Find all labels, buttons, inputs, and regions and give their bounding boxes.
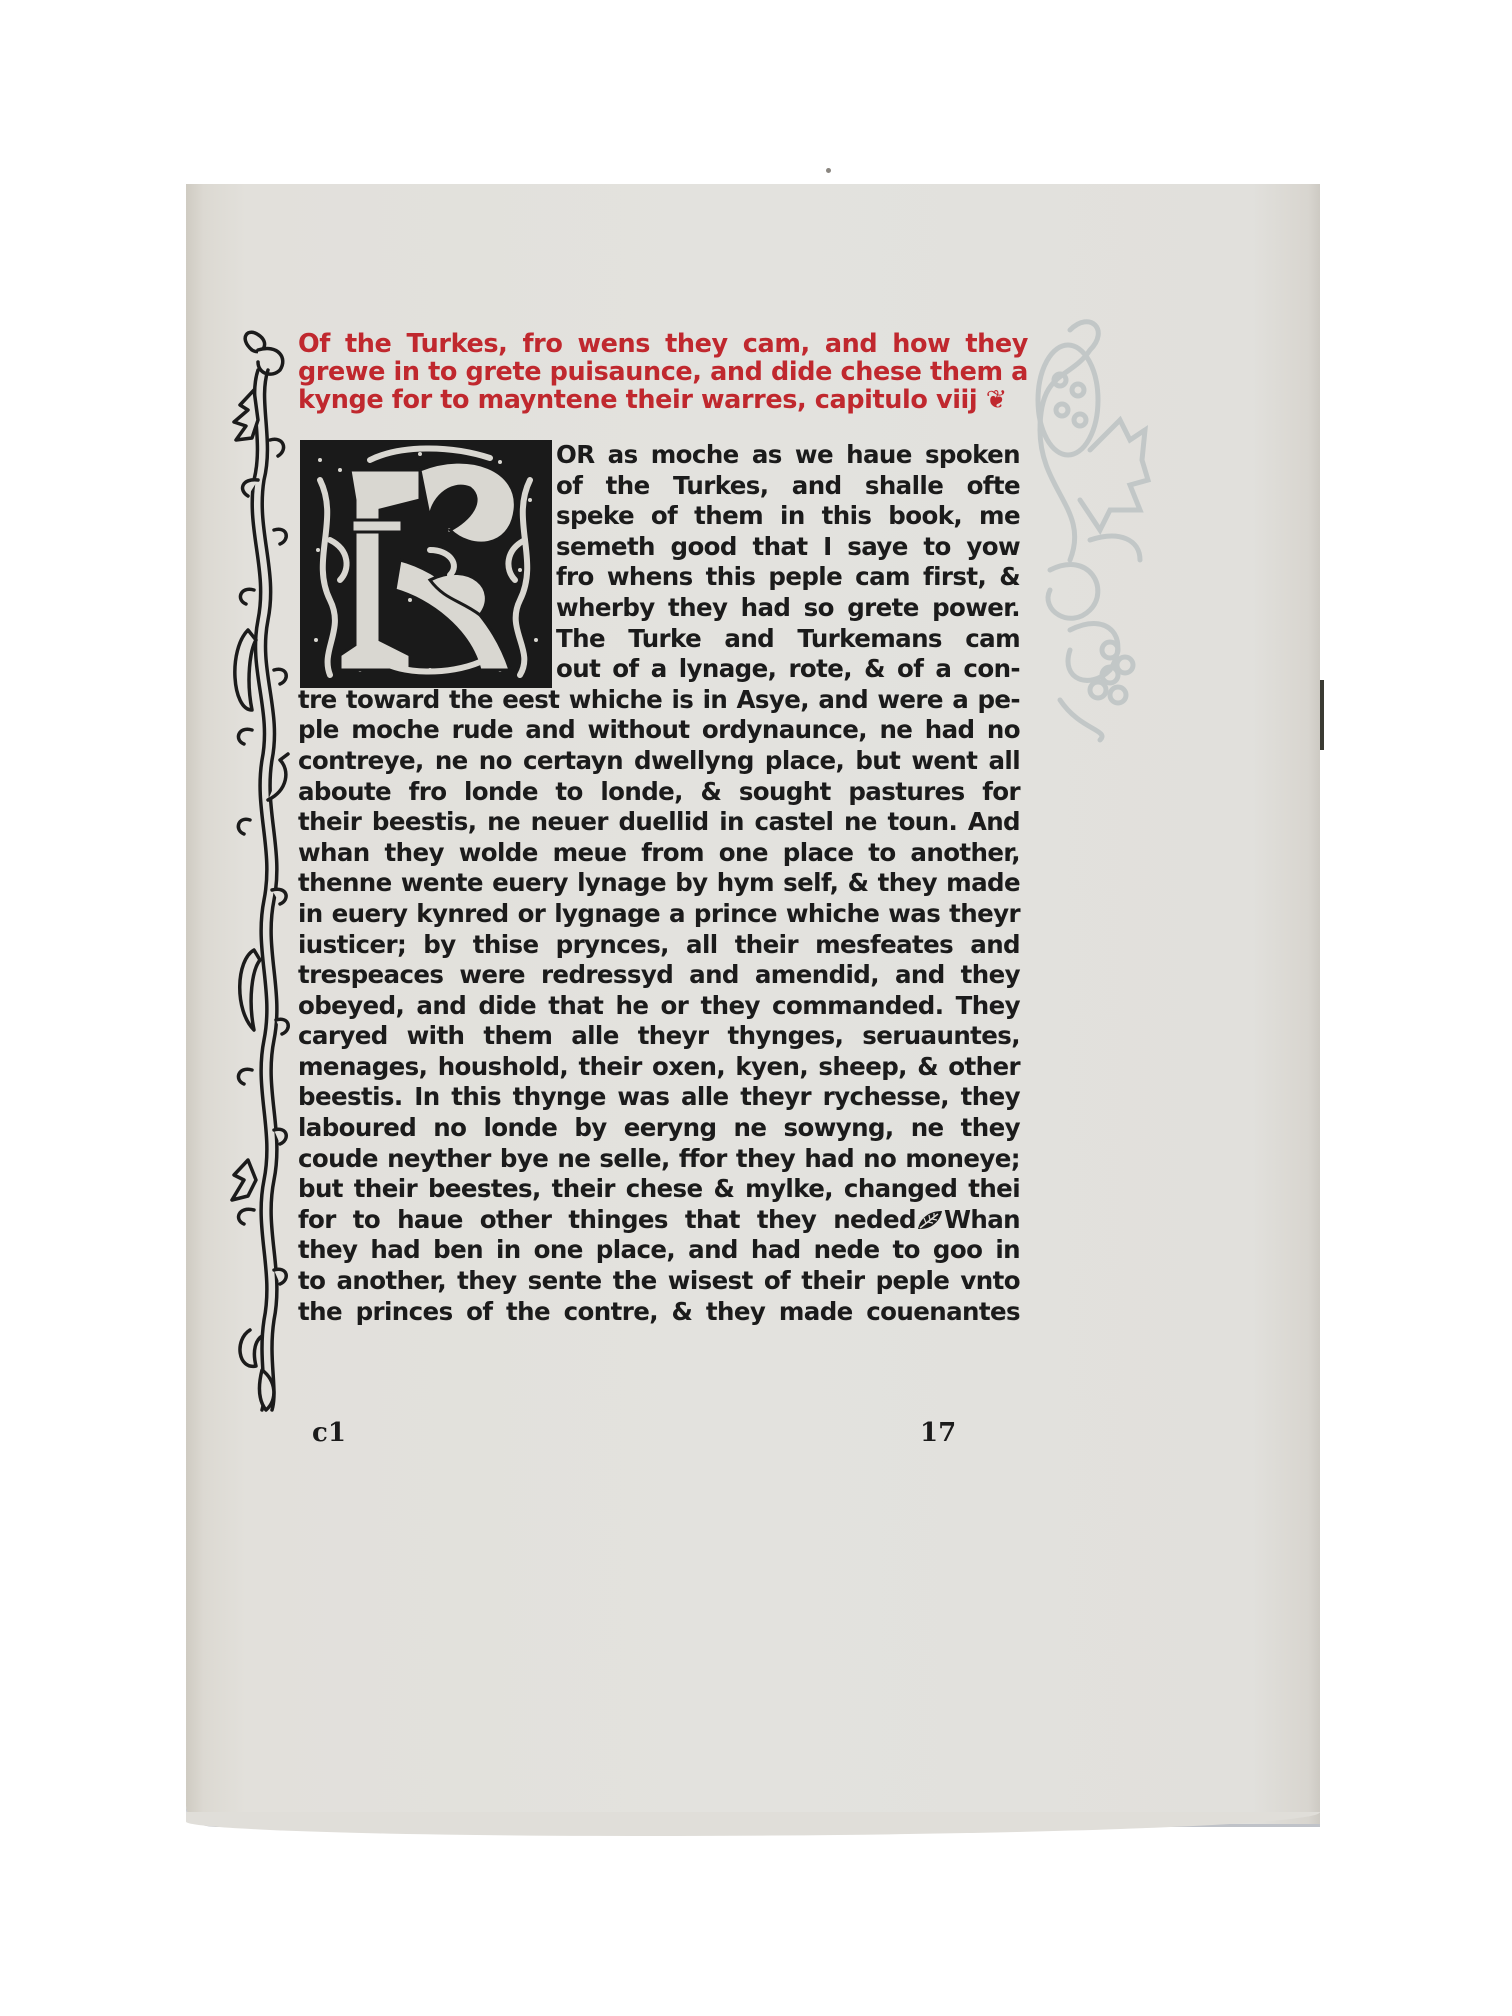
- text-line: for to haue other thinges that they nede…: [298, 1205, 1020, 1236]
- text-line: to another, they sente the wisest of the…: [298, 1266, 1020, 1297]
- text-line: their beestis, ne neuer duellid in caste…: [298, 807, 1020, 838]
- heading-line: Of the Turkes, fro wens they cam, and ho…: [298, 330, 1028, 358]
- next-leaf-edge: [1320, 680, 1324, 750]
- text-line: speke of them in this book, me: [556, 501, 1020, 532]
- text-line: wherby they had so grete power.: [556, 593, 1020, 624]
- chapter-heading: Of the Turkes, fro wens they cam, and ho…: [298, 330, 1028, 414]
- text-line: trespeaces were redressyd and amendid, a…: [298, 960, 1020, 991]
- text-line: contreye, ne no certayn dwellyng place, …: [298, 746, 1020, 777]
- text-line: in euery kynred or lygnage a prince whic…: [298, 899, 1020, 930]
- text-line: but their beestes, their chese & mylke, …: [298, 1174, 1020, 1205]
- fleuron-ornament-icon: ❦: [986, 385, 1007, 415]
- text-line: they had ben in one place, and had nede …: [298, 1235, 1020, 1266]
- text-line: out of a lynage, rote, & of a con-: [556, 654, 1020, 685]
- heading-line: grewe in to grete puisaunce, and dide ch…: [298, 358, 1028, 386]
- text-line: thenne wente euery lynage by hym self, &…: [298, 868, 1020, 899]
- text-line: fro whens this peple cam first, &: [556, 562, 1020, 593]
- text-line: tre toward the eest whiche is in Asye, a…: [298, 685, 1020, 716]
- paper-speck: [826, 168, 831, 173]
- text-line-part: for to haue other thinges that they nede…: [298, 1205, 916, 1234]
- heading-line-text: kynge for to mayntene their warres, capi…: [298, 385, 977, 415]
- text-line: OR as moche as we haue spoken: [556, 440, 1020, 471]
- text-line-part: Whan: [944, 1205, 1020, 1234]
- text-line: laboured no londe by eeryng ne sowyng, n…: [298, 1113, 1020, 1144]
- text-line: whan they wolde meue from one place to a…: [298, 838, 1020, 869]
- text-line: the princes of the contre, & they made c…: [298, 1297, 1020, 1328]
- body-text: OR as moche as we haue spoken of the Tur…: [298, 440, 1020, 1327]
- text-line: ple moche rude and without ordynaunce, n…: [298, 715, 1020, 746]
- text-line: iusticer; by thise prynces, all their me…: [298, 930, 1020, 961]
- show-through-ornament: [1030, 310, 1230, 750]
- text-line: coude neyther bye ne selle, ffor they ha…: [298, 1144, 1020, 1175]
- text-line: beestis. In this thynge was alle theyr r…: [298, 1082, 1020, 1113]
- text-line: aboute fro londe to londe, & sought past…: [298, 777, 1020, 808]
- text-line: semeth good that I saye to yow: [556, 532, 1020, 563]
- leaf-fleuron-icon: [916, 1209, 944, 1231]
- text-line: obeyed, and dide that he or they command…: [298, 991, 1020, 1022]
- text-line: caryed with them alle theyr thynges, ser…: [298, 1021, 1020, 1052]
- text-line: The Turke and Turkemans cam: [556, 624, 1020, 655]
- text-line: of the Turkes, and shalle ofte: [556, 471, 1020, 502]
- page-number: 17: [920, 1418, 956, 1448]
- heading-line: kynge for to mayntene their warres, capi…: [298, 386, 1028, 414]
- signature-mark: c1: [312, 1418, 346, 1448]
- text-line: menages, houshold, their oxen, kyen, she…: [298, 1052, 1020, 1083]
- border-vine-ornament: [228, 330, 294, 1420]
